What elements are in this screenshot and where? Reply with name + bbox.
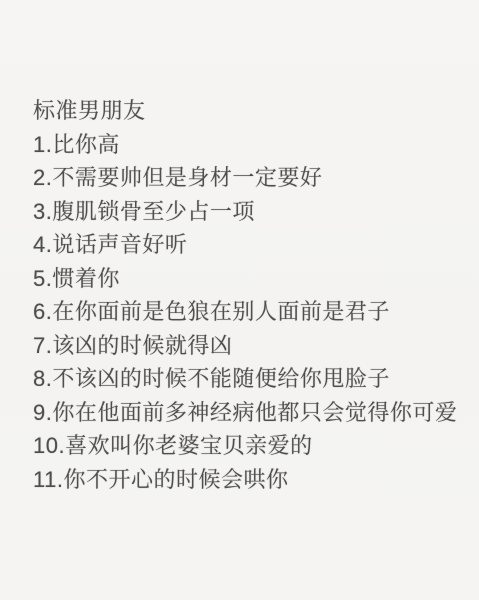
list-item-2: 2.不需要帅但是身材一定要好 bbox=[33, 161, 469, 195]
list-item-10: 10.喜欢叫你老婆宝贝亲爱的 bbox=[33, 429, 469, 463]
list-item-3: 3.腹肌锁骨至少占一项 bbox=[33, 195, 469, 229]
list-item-4: 4.说话声音好听 bbox=[33, 228, 469, 262]
list-title: 标准男朋友 bbox=[33, 94, 469, 128]
list-item-9: 9.你在他面前多神经病他都只会觉得你可爱 bbox=[33, 396, 469, 430]
boyfriend-standards-list: 标准男朋友 1.比你高 2.不需要帅但是身材一定要好 3.腹肌锁骨至少占一项 4… bbox=[33, 94, 469, 496]
list-item-1: 1.比你高 bbox=[33, 128, 469, 162]
list-item-11: 11.你不开心的时候会哄你 bbox=[33, 463, 469, 497]
list-item-7: 7.该凶的时候就得凶 bbox=[33, 329, 469, 363]
list-item-6: 6.在你面前是色狼在别人面前是君子 bbox=[33, 295, 469, 329]
text-image-page: 标准男朋友 1.比你高 2.不需要帅但是身材一定要好 3.腹肌锁骨至少占一项 4… bbox=[0, 0, 479, 600]
list-item-8: 8.不该凶的时候不能随便给你甩脸子 bbox=[33, 362, 469, 396]
list-item-5: 5.惯着你 bbox=[33, 262, 469, 296]
